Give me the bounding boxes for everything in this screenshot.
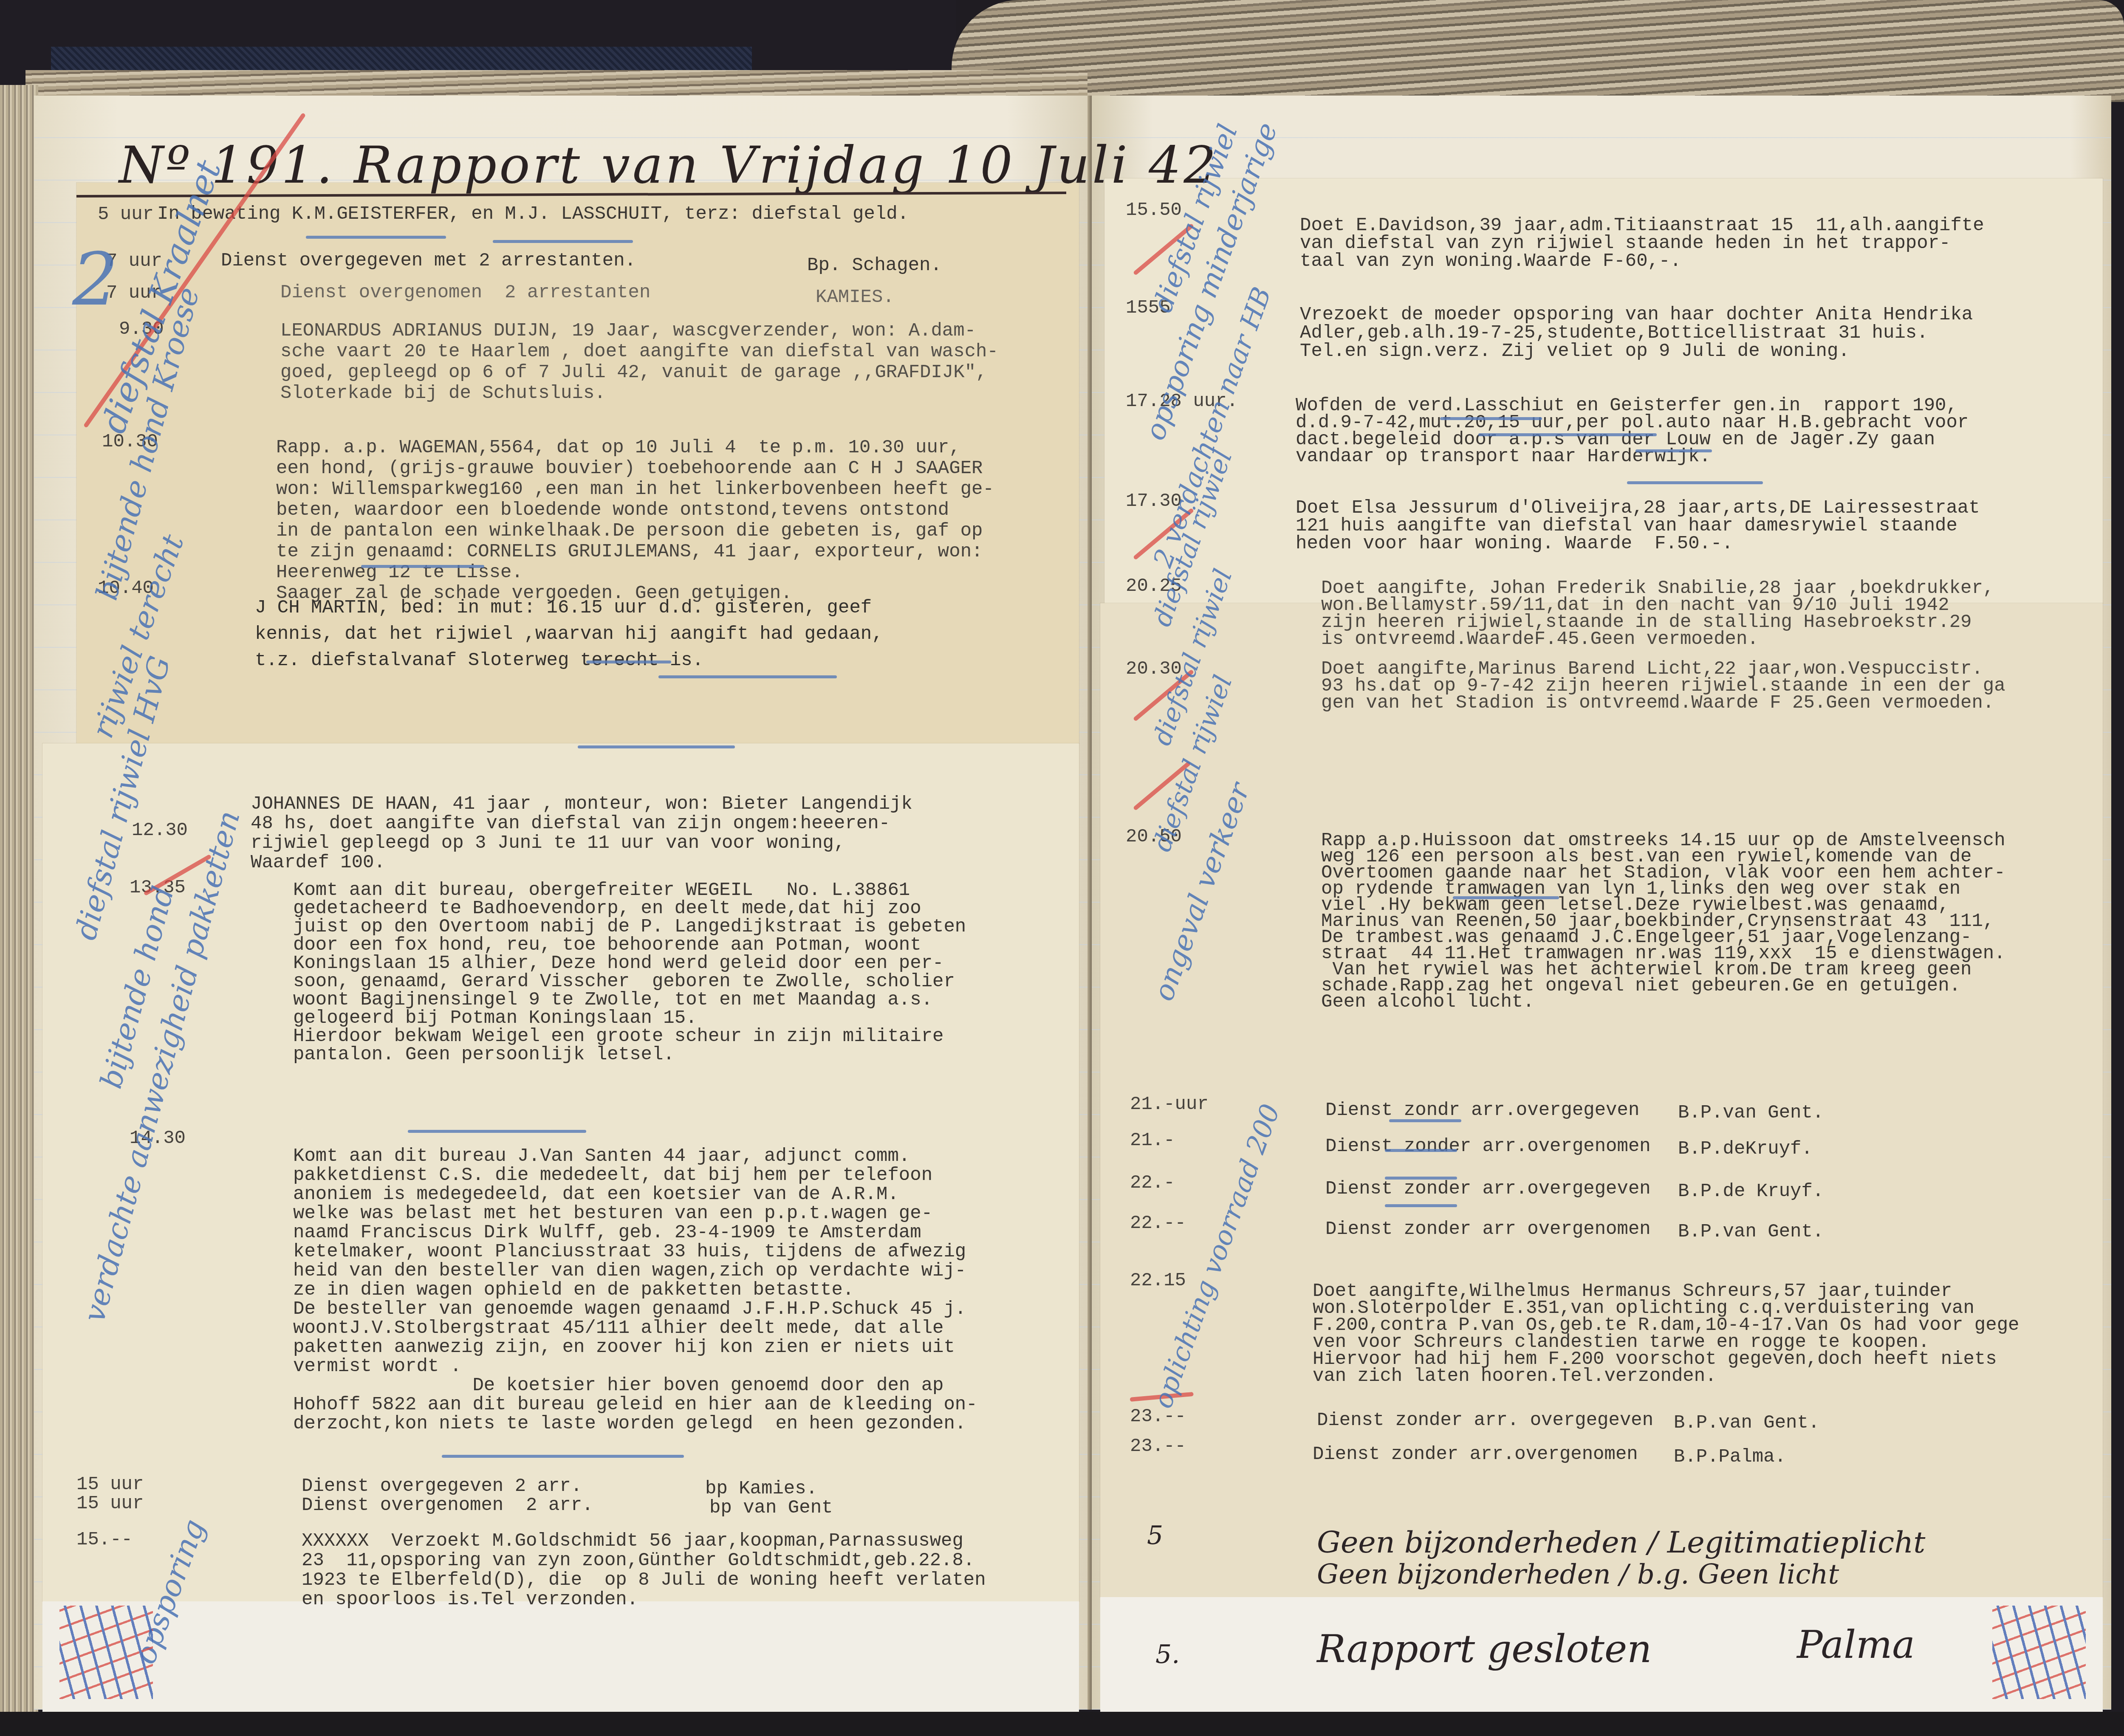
entry-signature: B.P.Palma.: [1674, 1446, 1786, 1468]
pencil-underline: [658, 675, 837, 678]
entry-time: 22.-: [1130, 1172, 1175, 1194]
entry-time: 21.-: [1130, 1130, 1175, 1151]
entry-signature: B.P.van Gent.: [1678, 1221, 1824, 1242]
page-block-top-edge: [952, 0, 2124, 102]
log-entry: Dienst overgegeven 2 arr.: [302, 1476, 582, 1497]
log-entry: Dienst overgegeven met 2 arrestanten.: [221, 251, 636, 271]
log-entry: In bewating K.M.GEISTERFER, en M.J. LASS…: [157, 204, 909, 225]
log-entry: Komt aan dit bureau, obergefreiter WEGEI…: [293, 881, 966, 1064]
pencil-underline: [1385, 1177, 1457, 1180]
entry-time: 22.--: [1130, 1213, 1186, 1234]
log-entry: Dienst zonder arr overgenomen: [1325, 1219, 1651, 1240]
entry-signature: B.P.de Kruyf.: [1678, 1181, 1824, 1202]
entry-signature: B.P.deKruyf.: [1678, 1138, 1813, 1160]
log-entry: Dienst zonder arr. overgegeven: [1317, 1410, 1653, 1431]
entry-signature: B.P.van Gent.: [1678, 1102, 1824, 1123]
margin-note: 2: [72, 238, 118, 322]
log-entry: Komt aan dit bureau J.Van Santen 44 jaar…: [293, 1147, 977, 1434]
handwritten-time: 5: [1147, 1521, 1163, 1550]
entry-signature: KAMIES.: [816, 287, 894, 308]
pencil-underline: [1478, 433, 1657, 436]
entry-signature: B.P.van Gent.: [1674, 1412, 1819, 1434]
log-entry: Doet E.Davidson,39 jaar,adm.Titiaanstraa…: [1300, 217, 1984, 270]
table-background: [0, 1712, 2124, 1736]
entry-time: 12.30: [132, 820, 188, 841]
entry-signature: bp van Gent: [709, 1497, 833, 1519]
pencil-underline: [1440, 417, 1542, 420]
log-entry: Doet aangifte, Johan Frederik Snabilie,2…: [1321, 580, 1994, 648]
entry-time: 15.--: [76, 1529, 133, 1550]
page-stack-left: [0, 85, 38, 1736]
pencil-underline: [493, 240, 633, 243]
entry-signature: bp Kamies.: [705, 1478, 817, 1499]
pencil-underline: [1389, 1119, 1461, 1122]
pencil-underline: [1385, 1204, 1457, 1207]
pencil-underline: [408, 1130, 586, 1133]
log-entry: Doet aangifte,Marinus Barend Licht,22 ja…: [1321, 661, 2005, 711]
handwritten-note: Geen bijzonderheden / b.g. Geen licht: [1317, 1559, 1839, 1590]
log-entry: Dienst overgenomen 2 arrestanten: [280, 282, 650, 303]
log-entry: Rapp. a.p. WAGEMAN,5564, dat op 10 Juli …: [276, 438, 994, 604]
pencil-underline: [586, 661, 671, 663]
pencil-underline: [442, 1455, 684, 1458]
pencil-underline: [306, 236, 446, 239]
entry-time: 15 uur: [76, 1493, 144, 1514]
log-entry: Doet aangifte,Wilhelmus Hermanus Schreur…: [1313, 1283, 2019, 1385]
pencil-underline: [578, 745, 735, 748]
pencil-underline: [1627, 481, 1763, 484]
pencil-underline: [361, 565, 484, 568]
log-entry: XXXXXX Verzoekt M.Goldschmidt 56 jaar,ko…: [302, 1531, 986, 1609]
pencil-underline: [1635, 449, 1712, 452]
handwritten-time: 5.: [1155, 1640, 1180, 1669]
log-entry: Wofden de verd.Lasschiut en Geisterfer g…: [1296, 397, 1969, 465]
entry-time: 22.15: [1130, 1270, 1186, 1291]
log-entry: J CH MARTIN, bed: in mut: 16.15 uur d.d.…: [255, 595, 883, 674]
log-entry: Dienst zondr arr.overgegeven: [1325, 1100, 1639, 1121]
entry-signature: Bp. Schagen.: [807, 255, 942, 276]
log-entry: Rapp a.p.Huissoon dat omstreeks 14.15 uu…: [1321, 833, 2005, 1010]
closing-signature: Palma: [1797, 1623, 1915, 1667]
closing-hatch-mark: [1992, 1606, 2086, 1699]
entry-time: 15 uur: [76, 1474, 144, 1495]
pencil-underline: [1385, 1149, 1457, 1152]
entry-time: 23.--: [1130, 1406, 1186, 1427]
entry-time: 23.--: [1130, 1436, 1186, 1457]
entry-time: 21.-uur: [1130, 1094, 1209, 1115]
handwritten-note: Geen bijzonderheden / Legitimatieplicht: [1317, 1525, 1925, 1560]
log-entry: JOHANNES DE HAAN, 41 jaar , monteur, won…: [251, 794, 912, 872]
log-entry: Dienst overgenomen 2 arr.: [302, 1495, 593, 1516]
log-entry: Dienst zonder arr.overgenomen: [1313, 1444, 1638, 1465]
ledger-bottom-left: [42, 1601, 1079, 1712]
log-entry: LEONARDUS ADRIANUS DUIJN, 19 Jaar, wascg…: [280, 321, 998, 404]
log-entry: Doet Elsa Jessurum d'Oliveijra,28 jaar,a…: [1296, 499, 1980, 553]
closing-statement: Rapport gesloten: [1317, 1627, 1652, 1671]
entry-time: 15.50: [1126, 200, 1182, 221]
log-entry: Dienst zonder arr.overgenomen: [1325, 1136, 1651, 1157]
log-entry: Vrezoekt de moeder opsporing van haar do…: [1300, 306, 1973, 361]
pencil-underline: [1453, 896, 1559, 899]
closing-hatch-mark: [59, 1606, 153, 1699]
log-entry: Dienst zonder arr.overgegeven: [1325, 1179, 1651, 1200]
entry-time: 5 uur: [98, 204, 154, 225]
